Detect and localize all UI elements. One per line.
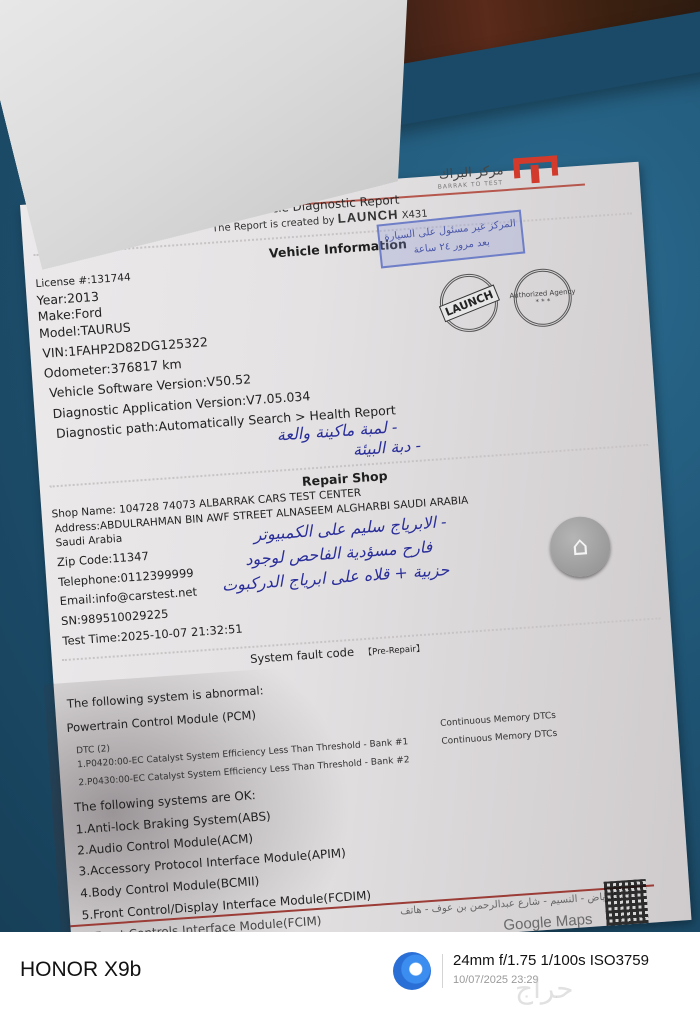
repair-shop-home-icon: ⌂ [548, 515, 612, 579]
abnormal-intro: The following system is abnormal: [66, 683, 263, 711]
dtc-status: Continuous Memory DTCs [440, 711, 556, 729]
make-field: Make:Ford [37, 305, 102, 324]
camera-parameters: 24mm f/1.75 1/100s ISO3759 [453, 952, 649, 969]
camera-device-name: HONOR X9b [20, 958, 141, 982]
email-field: Email:info@carstest.net [59, 585, 197, 609]
ct-logo-stem-icon [530, 165, 539, 184]
repair-shop-heading: Repair Shop [301, 468, 388, 489]
camera-watermark-bar: HONOR X9b 24mm f/1.75 1/100s ISO3759 10/… [0, 932, 700, 1012]
diagnostic-report-paper: مركز البراك BARRAK TO TEST Vehicle Diagn… [20, 162, 692, 932]
photo-scene: مركز البراك BARRAK TO TEST Vehicle Diagn… [0, 0, 700, 932]
zip-code-field: Zip Code:11347 [57, 549, 150, 569]
haraj-watermark-icon: حراج [515, 972, 574, 1005]
pre-repair-tag: 【Pre-Repair】 [363, 644, 424, 658]
ok-system-item: 4.Body Control Module(BCMII) [80, 874, 260, 900]
qr-code-icon [604, 879, 649, 926]
ok-systems-intro: The following systems are OK: [74, 788, 256, 815]
honor-logo-icon [393, 952, 431, 990]
google-maps-label: Google Maps [503, 911, 593, 932]
authorized-agency-seal-icon: Authorized Agency * * * [512, 267, 574, 329]
serial-number-field: SN:989510029225 [61, 607, 169, 628]
dtc-status: Continuous Memory DTCs [441, 729, 557, 747]
launch-seal-icon: LAUNCH [438, 272, 500, 334]
watermark-separator [442, 954, 443, 988]
abnormal-module: Powertrain Control Module (PCM) [66, 708, 256, 735]
handwritten-note-emissions: - دبة البيئة [352, 436, 421, 460]
dtc-count: DTC (2) [76, 744, 110, 756]
address-country-field: Saudi Arabia [55, 533, 122, 550]
license-field: License #:131744 [35, 271, 131, 290]
